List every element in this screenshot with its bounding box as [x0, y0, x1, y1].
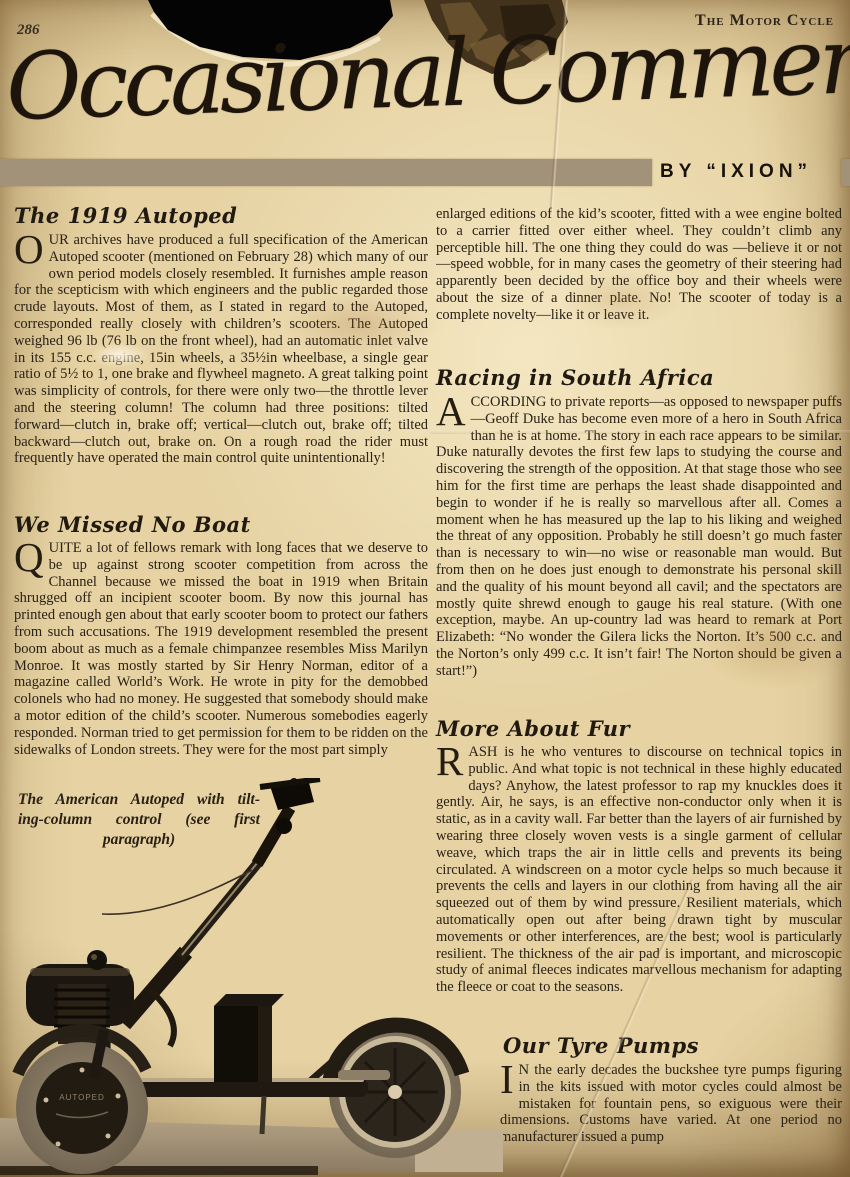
heading-more-about-fur: More About Fur: [436, 716, 842, 741]
heading-racing-south-africa: Racing in South Africa: [436, 365, 842, 390]
article-we-missed-no-boat: QUITE a lot of fellows remark with long …: [14, 540, 428, 792]
article-racing-text: CCORDING to private reports—as opposed t…: [436, 394, 842, 679]
dropcap-Q: Q: [14, 540, 49, 574]
steering-column: [102, 778, 320, 1046]
dropcap-R: R: [436, 744, 468, 778]
article-1919-autoped-text: UR archives have produced a full specifi…: [14, 232, 428, 466]
hub-text: AUTOPED: [59, 1093, 105, 1102]
article-1919-autoped: OUR archives have produced a full specif…: [14, 232, 428, 504]
heading-1919-autoped: The 1919 Autoped: [14, 203, 428, 228]
handlebar: [260, 779, 320, 787]
heading-we-missed-no-boat: We Missed No Boat: [14, 512, 428, 537]
headlamp: [87, 950, 107, 970]
byline-band-right: [841, 159, 850, 186]
dropcap-O: O: [14, 232, 49, 266]
article-continuation: enlarged editions of the kid’s scooter, …: [436, 206, 842, 346]
scooter-photo: AUTOPED: [0, 778, 512, 1177]
heading-our-tyre-pumps: Our Tyre Pumps: [503, 1033, 843, 1058]
front-wheel: AUTOPED: [16, 1030, 148, 1174]
article-continuation-text: enlarged editions of the kid’s scooter, …: [436, 206, 842, 323]
article-we-missed-no-boat-text: UITE a lot of fellows remark with long f…: [14, 540, 428, 758]
article-our-tyre-pumps: IN the early decades the buckshee tyre p…: [500, 1062, 842, 1154]
magazine-page: { "page": { "page_number": "286", "masth…: [0, 0, 850, 1177]
fuel-tank: [214, 994, 284, 1082]
article-pumps-text: N the early decades the buckshee tyre pu…: [500, 1062, 842, 1145]
byline-band: [0, 159, 652, 186]
article-racing-south-africa: ACCORDING to private reports—as opposed …: [436, 394, 842, 714]
byline: BY “IXION”: [660, 157, 812, 187]
dropcap-A: A: [436, 394, 471, 428]
